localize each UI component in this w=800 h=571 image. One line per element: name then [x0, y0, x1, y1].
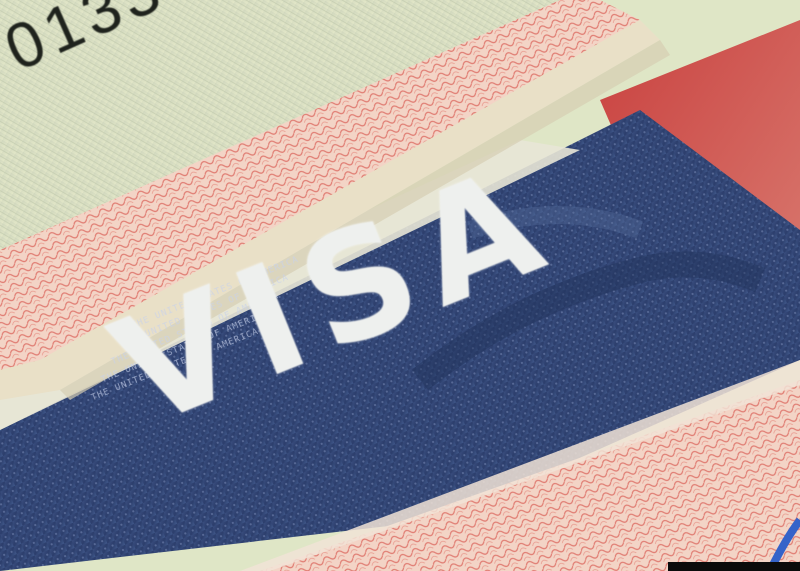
visa-photo: 01336 THE UNITED STATES OF AMERICA THE U…	[0, 0, 800, 571]
corner-bar	[668, 562, 800, 571]
